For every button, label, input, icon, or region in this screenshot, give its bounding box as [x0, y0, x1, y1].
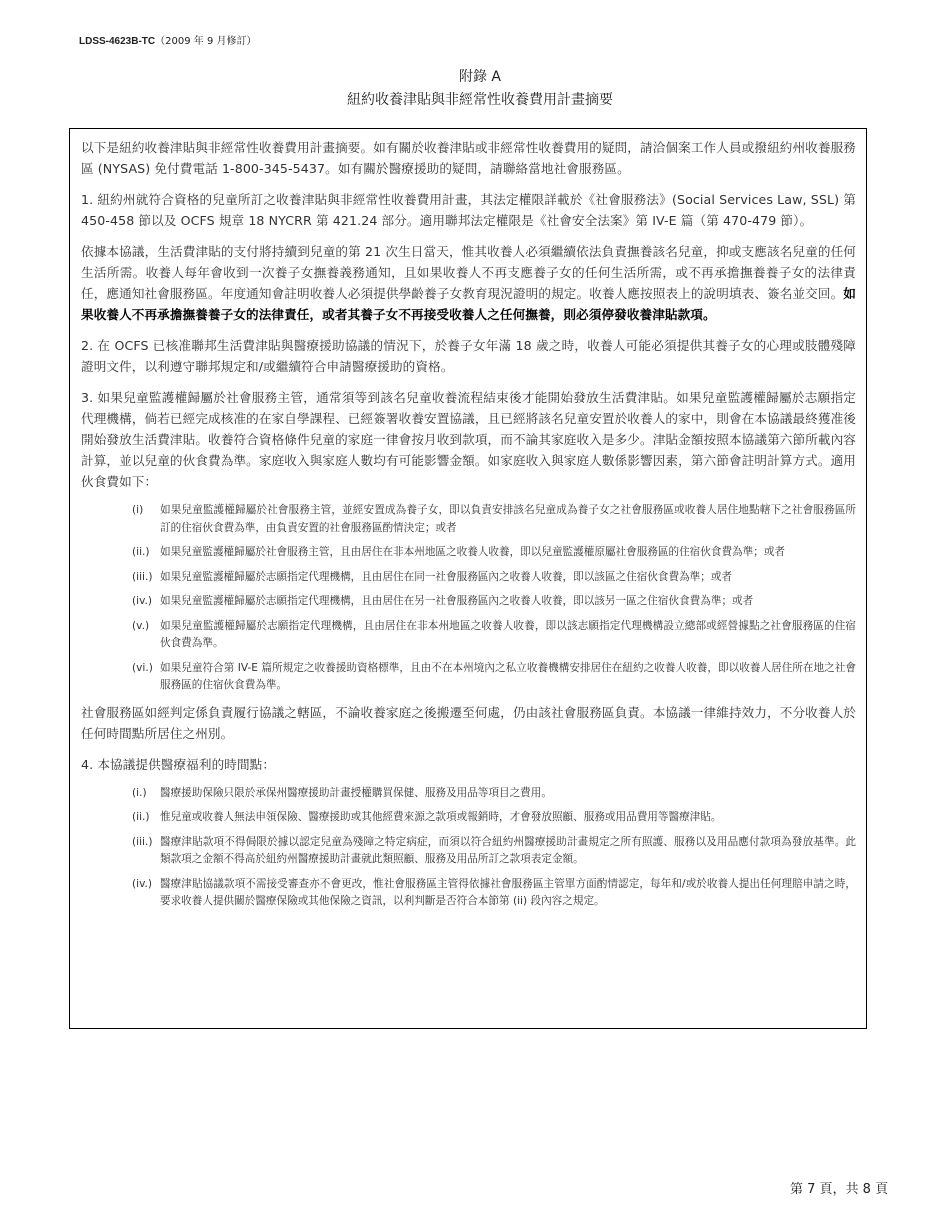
list-item: (iii.)醫療津貼款項不得侷限於據以認定兒童為殘障之特定病症，而須以符合紐約州…: [132, 834, 856, 869]
section-1-paragraph: 1. 紐約州就符合資格的兒童所訂之收養津貼與非經常性收養費用計畫，其法定權限詳載…: [81, 189, 856, 231]
item-number: (vi.): [132, 660, 160, 695]
list-item: (vi.)如果兒童符合第 IV-E 篇所規定之收養援助資格標準，且由不在本州境內…: [132, 660, 856, 695]
list-item: (iii.)如果兒童監護權歸屬於志願指定代理機構，且由居住在同一社會服務區內之收…: [132, 569, 856, 587]
item-number: (v.): [132, 618, 160, 653]
summary-box: 以下是紐約收養津貼與非經常性收養費用計畫摘要。如有關於收養津貼或非經常性收養費用…: [69, 128, 867, 1029]
section-4-heading: 4. 本協議提供醫療福利的時間點：: [81, 754, 856, 775]
section-3-list: (i)如果兒童監護權歸屬於社會服務主管，並經安置成為養子女，即以負責安排該名兒童…: [132, 502, 856, 695]
form-identifier: LDSS-4623B-TC（2009 年 9 月修訂）: [79, 32, 257, 47]
section-4-list: (i.)醫療援助保險只限於承保州醫療援助計畫授權購買保健、服務及用品等項目之費用…: [132, 785, 856, 911]
document-title: 附錄 A 紐約收養津貼與非經常性收養費用計畫摘要: [0, 66, 950, 112]
item-number: (iii.): [132, 834, 160, 869]
list-item: (ii.)如果兒童監護權歸屬於社會服務主管，且由居住在非本州地區之收養人收養，即…: [132, 544, 856, 562]
item-text: 如果兒童監護權歸屬於志願指定代理機構，且由居住在另一社會服務區內之收養人收養，即…: [160, 593, 856, 611]
list-item: (v.)如果兒童監護權歸屬於志願指定代理機構，且由居住在非本州地區之收養人收養，…: [132, 618, 856, 653]
item-text: 醫療津貼協議款項不需接受審查亦不會更改，惟社會服務區主管得依據社會服務區主管單方…: [160, 876, 856, 911]
item-text: 如果兒童監護權歸屬於志願指定代理機構，且由居住在同一社會服務區內之收養人收養，即…: [160, 569, 856, 587]
jurisdiction-paragraph: 社會服務區如經判定係負責履行協議之轄區，不論收養家庭之後搬遷至何處，仍由該社會服…: [81, 702, 856, 744]
intro-paragraph: 以下是紐約收養津貼與非經常性收養費用計畫摘要。如有關於收養津貼或非經常性收養費用…: [81, 137, 856, 179]
appendix-title: 附錄 A: [10, 66, 950, 88]
item-text: 醫療援助保險只限於承保州醫療援助計畫授權購買保健、服務及用品等項目之費用。: [160, 785, 856, 803]
item-text: 如果兒童符合第 IV-E 篇所規定之收養援助資格標準，且由不在本州境內之私立收養…: [160, 660, 856, 695]
list-item: (iv.)如果兒童監護權歸屬於志願指定代理機構，且由居住在另一社會服務區內之收養…: [132, 593, 856, 611]
item-number: (iv.): [132, 876, 160, 911]
item-text: 如果兒童監護權歸屬於社會服務主管，且由居住在非本州地區之收養人收養，即以兒童監護…: [160, 544, 856, 562]
form-code: LDSS-4623B-TC: [79, 36, 155, 47]
page-indicator: 第 7 頁，共 8 頁: [790, 1178, 888, 1197]
section-2-paragraph: 2. 在 OCFS 已核准聯邦生活費津貼與醫療援助協議的情況下，於養子女年滿 1…: [81, 335, 856, 377]
item-number: (ii.): [132, 809, 160, 827]
list-item: (iv.)醫療津貼協議款項不需接受審查亦不會更改，惟社會服務區主管得依據社會服務…: [132, 876, 856, 911]
list-item: (i.)醫療援助保險只限於承保州醫療援助計畫授權購買保健、服務及用品等項目之費用…: [132, 785, 856, 803]
section-3-paragraph: 3. 如果兒童監護權歸屬於社會服務主管，通常須等到該名兒童收養流程結束後才能開始…: [81, 387, 856, 492]
item-number: (ii.): [132, 544, 160, 562]
item-number: (iii.): [132, 569, 160, 587]
item-text: 醫療津貼款項不得侷限於據以認定兒童為殘障之特定病症，而須以符合紐約州醫療援助計畫…: [160, 834, 856, 869]
item-text: 如果兒童監護權歸屬於志願指定代理機構，且由居住在非本州地區之收養人收養，即以該志…: [160, 618, 856, 653]
item-number: (i.): [132, 785, 160, 803]
list-item: (ii.)惟兒童或收養人無法申領保險、醫療援助或其他經費來源之款項或報銷時，才會…: [132, 809, 856, 827]
item-number: (iv.): [132, 593, 160, 611]
item-text: 惟兒童或收養人無法申領保險、醫療援助或其他經費來源之款項或報銷時，才會發放照顧、…: [160, 809, 856, 827]
item-text: 如果兒童監護權歸屬於社會服務主管，並經安置成為養子女，即以負責安排該名兒童成為養…: [160, 502, 856, 537]
item-number: (i): [132, 502, 160, 537]
agreement-paragraph: 依據本協議，生活費津貼的支付將持續到兒童的第 21 次生日當天，惟其收養人必須繼…: [81, 241, 856, 325]
form-revision: （2009 年 9 月修訂）: [155, 36, 256, 47]
agreement-text: 依據本協議，生活費津貼的支付將持續到兒童的第 21 次生日當天，惟其收養人必須繼…: [81, 244, 856, 301]
document-subtitle: 紐約收養津貼與非經常性收養費用計畫摘要: [10, 88, 950, 112]
list-item: (i)如果兒童監護權歸屬於社會服務主管，並經安置成為養子女，即以負責安排該名兒童…: [132, 502, 856, 537]
